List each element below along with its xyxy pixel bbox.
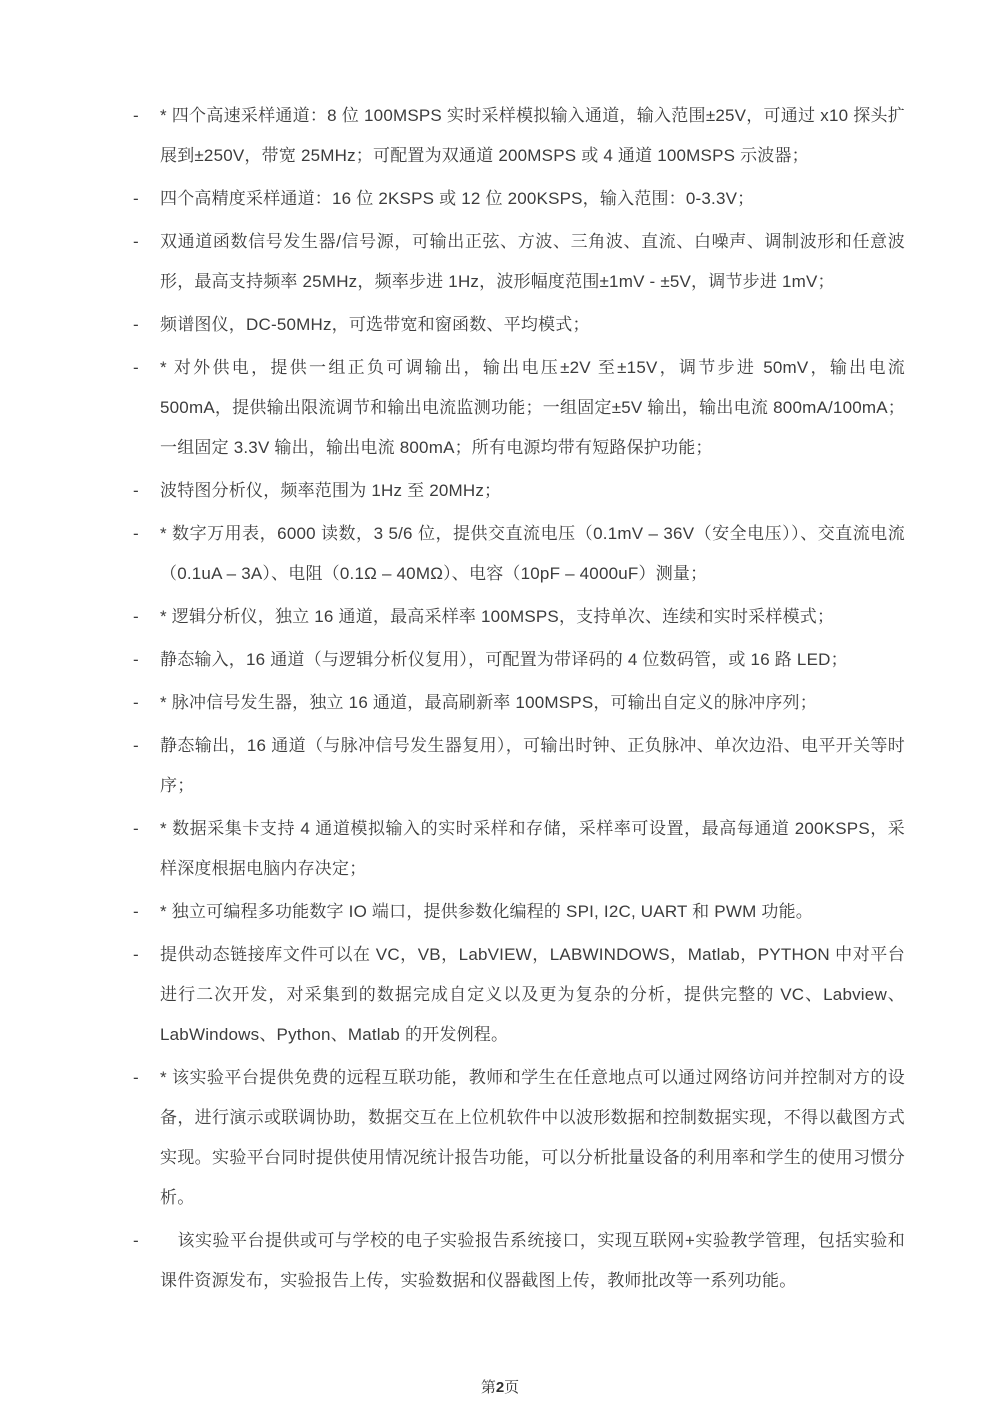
page-number-suffix: 页 — [504, 1379, 519, 1396]
list-item: - 该实验平台提供或可与学校的电子实验报告系统接口，实现互联网+实验教学管理，包… — [133, 1221, 905, 1301]
bullet-dash: - — [133, 179, 139, 219]
bullet-dash: - — [133, 726, 139, 766]
bullet-dash: - — [133, 96, 139, 136]
list-item: - 静态输出，16 通道（与脉冲信号发生器复用），可输出时钟、正负脉冲、单次边沿… — [133, 726, 905, 806]
list-item-text: 静态输出，16 通道（与脉冲信号发生器复用），可输出时钟、正负脉冲、单次边沿、电… — [160, 736, 905, 795]
list-item: - * 独立可编程多功能数字 IO 端口，提供参数化编程的 SPI, I2C, … — [133, 892, 905, 932]
bullet-dash: - — [133, 348, 139, 388]
list-item: - * 脉冲信号发生器，独立 16 通道，最高刷新率 100MSPS，可输出自定… — [133, 683, 905, 723]
bullet-dash: - — [133, 471, 139, 511]
list-item-text: 四个高精度采样通道：16 位 2KSPS 或 12 位 200KSPS，输入范围… — [160, 189, 754, 208]
bullet-dash: - — [133, 683, 139, 723]
list-item: - 双通道函数信号发生器/信号源，可输出正弦、方波、三角波、直流、白噪声、调制波… — [133, 222, 905, 302]
list-item-text: * 独立可编程多功能数字 IO 端口，提供参数化编程的 SPI, I2C, UA… — [160, 902, 813, 921]
list-item: - * 数据采集卡支持 4 通道模拟输入的实时采样和存储，采样率可设置，最高每通… — [133, 809, 905, 889]
page-number: 第2页 — [0, 1376, 1000, 1397]
list-item: - * 数字万用表，6000 读数，3 5/6 位，提供交直流电压（0.1mV … — [133, 514, 905, 594]
list-item: - 四个高精度采样通道：16 位 2KSPS 或 12 位 200KSPS，输入… — [133, 179, 905, 219]
bullet-dash: - — [133, 809, 139, 849]
page-number-prefix: 第 — [481, 1379, 496, 1396]
bullet-dash: - — [133, 1221, 139, 1261]
list-item-text: 提供动态链接库文件可以在 VC，VB，LabVIEW，LABWINDOWS，Ma… — [160, 945, 905, 1044]
list-item-text: 波特图分析仪，频率范围为 1Hz 至 20MHz； — [160, 481, 501, 500]
list-item: - 频谱图仪，DC-50MHz，可选带宽和窗函数、平均模式； — [133, 305, 905, 345]
bullet-dash: - — [133, 305, 139, 345]
list-item: - 波特图分析仪，频率范围为 1Hz 至 20MHz； — [133, 471, 905, 511]
list-item: - * 对外供电，提供一组正负可调输出，输出电压±2V 至±15V，调节步进 5… — [133, 348, 905, 468]
list-item: - 静态输入，16 通道（与逻辑分析仪复用），可配置为带译码的 4 位数码管，或… — [133, 640, 905, 680]
list-item-text: * 该实验平台提供免费的远程互联功能，教师和学生在任意地点可以通过网络访问并控制… — [160, 1068, 905, 1207]
bullet-dash: - — [133, 222, 139, 262]
list-item: - 提供动态链接库文件可以在 VC，VB，LabVIEW，LABWINDOWS，… — [133, 935, 905, 1055]
list-item-text: * 数字万用表，6000 读数，3 5/6 位，提供交直流电压（0.1mV – … — [160, 524, 905, 583]
bullet-dash: - — [133, 1058, 139, 1098]
list-item-text: 双通道函数信号发生器/信号源，可输出正弦、方波、三角波、直流、白噪声、调制波形和… — [160, 232, 905, 291]
list-item-text: 该实验平台提供或可与学校的电子实验报告系统接口，实现互联网+实验教学管理，包括实… — [160, 1231, 905, 1290]
list-item-text: * 逻辑分析仪，独立 16 通道，最高采样率 100MSPS，支持单次、连续和实… — [160, 607, 834, 626]
bullet-dash: - — [133, 514, 139, 554]
list-item-text: * 对外供电，提供一组正负可调输出，输出电压±2V 至±15V，调节步进 50m… — [160, 358, 905, 457]
bullet-dash: - — [133, 935, 139, 975]
bullet-dash: - — [133, 597, 139, 637]
list-item-text: 静态输入，16 通道（与逻辑分析仪复用），可配置为带译码的 4 位数码管，或 1… — [160, 650, 848, 669]
document-body: - * 四个高速采样通道：8 位 100MSPS 实时采样模拟输入通道，输入范围… — [133, 96, 905, 1304]
list-item-text: * 四个高速采样通道：8 位 100MSPS 实时采样模拟输入通道，输入范围±2… — [160, 106, 905, 165]
bullet-dash: - — [133, 640, 139, 680]
list-item-text: 频谱图仪，DC-50MHz，可选带宽和窗函数、平均模式； — [160, 315, 590, 334]
list-item: - * 逻辑分析仪，独立 16 通道，最高采样率 100MSPS，支持单次、连续… — [133, 597, 905, 637]
list-item-text: * 数据采集卡支持 4 通道模拟输入的实时采样和存储，采样率可设置，最高每通道 … — [160, 819, 905, 878]
list-item: - * 该实验平台提供免费的远程互联功能，教师和学生在任意地点可以通过网络访问并… — [133, 1058, 905, 1218]
bullet-dash: - — [133, 892, 139, 932]
page-number-value: 2 — [496, 1379, 504, 1396]
list-item-text: * 脉冲信号发生器，独立 16 通道，最高刷新率 100MSPS，可输出自定义的… — [160, 693, 817, 712]
list-item: - * 四个高速采样通道：8 位 100MSPS 实时采样模拟输入通道，输入范围… — [133, 96, 905, 176]
